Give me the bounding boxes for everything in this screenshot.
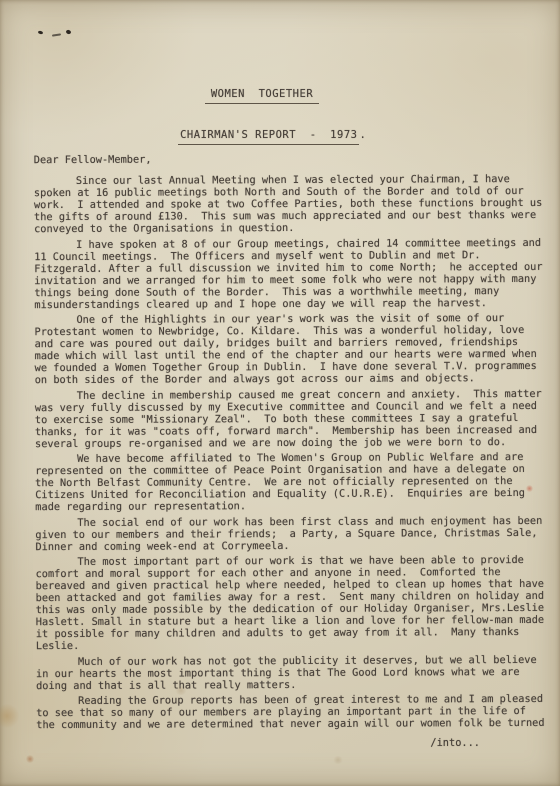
scanned-document-page: WOMEN TOGETHER CHAIRMAN'S REPORT - 1973.…: [0, 0, 560, 786]
paragraph: We have become affiliated to The Women's…: [35, 451, 547, 513]
document-header: WOMEN TOGETHER CHAIRMAN'S REPORT - 1973.: [0, 88, 560, 157]
paragraphs-container: Since our last Annual Meeting when I was…: [34, 173, 548, 731]
letter-body: Dear Fellow-Member, Since our last Annua…: [34, 152, 549, 735]
paragraph: The social end of our work has been firs…: [35, 514, 547, 552]
paragraph: One of the Highlights in our year's work…: [34, 312, 546, 386]
paper-stain: [333, 756, 343, 764]
document-subtitle-row: CHAIRMAN'S REPORT - 1973.: [0, 117, 533, 157]
ink-speck: [38, 30, 44, 34]
continuation-marker: /into...: [430, 737, 480, 749]
paragraph: Since our last Annual Meeting when I was…: [34, 173, 546, 235]
paragraph: Reading the Group reports has been of gr…: [36, 693, 548, 731]
paper-stain: [26, 755, 34, 763]
ink-speck: [65, 29, 71, 34]
paragraph: I have spoken at 8 of our Group meetings…: [34, 236, 546, 310]
document-subtitle-period: .: [359, 129, 365, 141]
paragraph: The most important part of our work is t…: [35, 554, 547, 652]
paper-stain: [0, 704, 20, 728]
paragraph: The decline in membership caused me grea…: [35, 387, 547, 449]
salutation: Dear Fellow-Member,: [34, 152, 546, 166]
document-subtitle: CHAIRMAN'S REPORT - 1973: [178, 129, 359, 145]
paragraph: Much of our work has not got the publici…: [36, 653, 548, 691]
ink-speck: [52, 33, 61, 36]
document-title: WOMEN TOGETHER: [205, 88, 319, 104]
